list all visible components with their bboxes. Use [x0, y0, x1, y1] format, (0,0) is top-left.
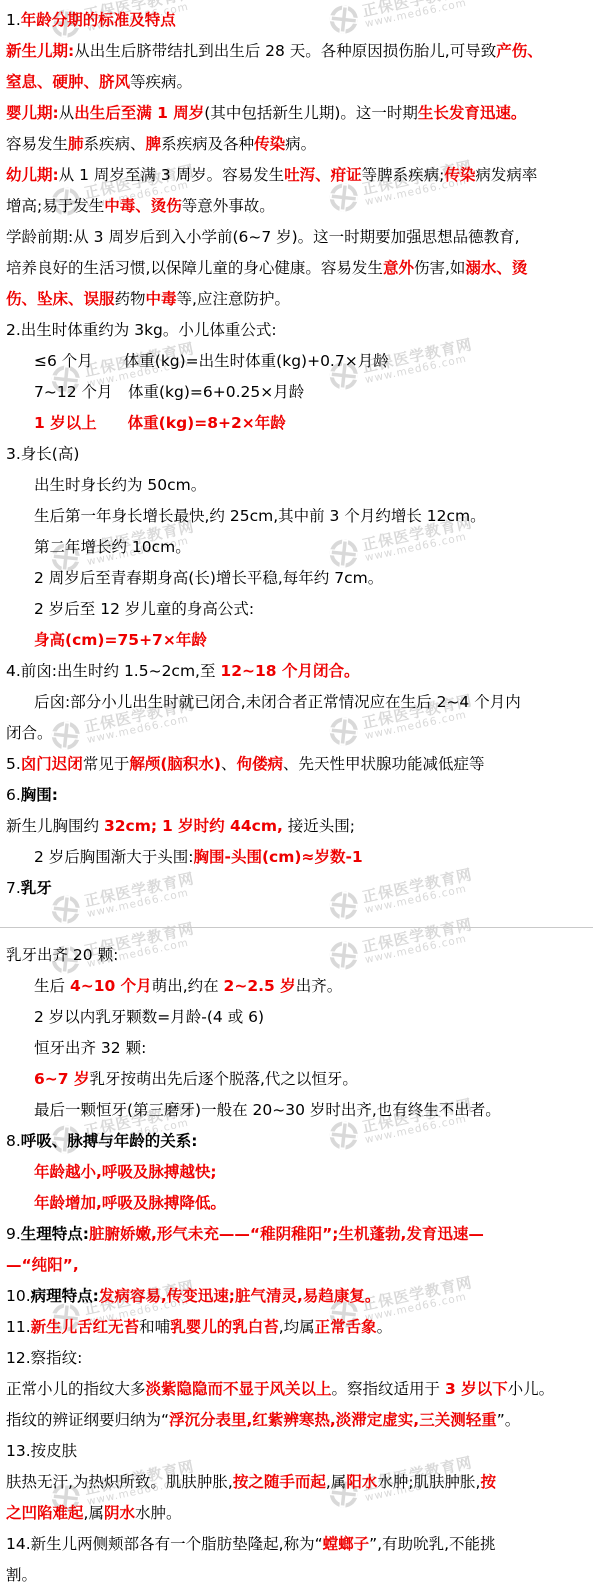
- highlighted-text-segment: 浮沉分表里,红紫辨寒热,淡滞定虚实,三关测轻重: [169, 1411, 497, 1429]
- text-segment: 8.: [6, 1132, 21, 1150]
- text-line: 婴儿期:从出生后至满 1 周岁(其中包括新生儿期)。这一时期生长发育迅速。: [6, 98, 587, 129]
- highlighted-text-segment: 正常舌象: [315, 1318, 377, 1336]
- text-segment: 出生时身长约为 50cm。: [34, 476, 206, 494]
- text-segment: 呼吸、脉搏与年龄的关系:: [21, 1132, 198, 1150]
- text-line: 4.前囟:出生时约 1.5~2cm,至 12~18 个月闭合。: [6, 656, 587, 687]
- highlighted-text-segment: 按之随手而起: [233, 1473, 326, 1491]
- text-line: 割。: [6, 1560, 587, 1591]
- text-segment: 接近头围;: [283, 817, 355, 835]
- text-segment: 学龄前期:从 3 周岁后到入小学前(6~7 岁)。这一时期要加强思想品德教育,: [6, 228, 520, 246]
- text-line: 容易发生肺系疾病、脾系疾病及各种传染病。: [6, 129, 587, 160]
- highlighted-text-segment: 产伤、: [496, 42, 543, 60]
- highlighted-text-segment: 按: [480, 1473, 496, 1491]
- text-segment: 水肿。: [135, 1504, 182, 1522]
- highlighted-text-segment: 3 岁以下: [445, 1380, 508, 1398]
- text-line: 乳牙出齐 20 颗:: [6, 940, 587, 971]
- highlighted-text-segment: 淡紫隐隐而不显于风关以上: [146, 1380, 332, 1398]
- text-line: 之凹陷难起,属阴水水肿。: [6, 1498, 587, 1529]
- text-segment: 新生儿胸围约: [6, 817, 104, 835]
- text-segment: 容易发生: [6, 135, 68, 153]
- text-line: 2.出生时体重约为 3kg。小儿体重公式:: [6, 315, 587, 346]
- highlighted-text-segment: 阳水: [346, 1473, 377, 1491]
- text-segment: 和哺: [139, 1318, 170, 1336]
- text-line: 2 岁后至 12 岁儿童的身高公式:: [6, 594, 587, 625]
- highlighted-text-segment: 胸围-头围(cm)≈岁数-1: [194, 848, 363, 866]
- document-pages: 1.年龄分期的标准及特点新生儿期:从出生后脐带结扎到出生后 28 天。各种原因损…: [0, 0, 593, 1591]
- text-line: 年龄增加,呼吸及脉搏降低。: [6, 1188, 587, 1219]
- text-line: 伤、坠床、误服药物中毒等,应注意防护。: [6, 284, 587, 315]
- text-segment: 生后第一年身长增长最快,约 25cm,其中前 3 个月约增长 12cm。: [34, 507, 486, 525]
- highlighted-text-segment: 螳螂子: [323, 1535, 370, 1553]
- text-line: 12.察指纹:: [6, 1343, 587, 1374]
- text-segment: 3.身长(高): [6, 445, 79, 463]
- text-line: 13.按皮肤: [6, 1436, 587, 1467]
- text-line: 9.生理特点:脏腑娇嫩,形气未充——“稚阴稚阳”;生机蓬勃,发育迅速—: [6, 1219, 587, 1250]
- text-line: 新生儿胸围约 32cm; 1 岁时约 44cm, 接近头围;: [6, 811, 587, 842]
- text-line: 生后第一年身长增长最快,约 25cm,其中前 3 个月约增长 12cm。: [6, 501, 587, 532]
- text-line: 闭合。: [6, 718, 587, 749]
- highlighted-text-segment: 中毒、烫伤: [104, 197, 182, 215]
- text-segment: 11.: [6, 1318, 31, 1336]
- highlighted-text-segment: 传染: [444, 166, 475, 184]
- highlighted-text-segment: 1 岁以上 体重(kg)=8+2×年龄: [34, 414, 286, 432]
- text-segment: 第二年增长约 10cm。: [34, 538, 191, 556]
- text-line: —“纯阳”,: [6, 1250, 587, 1281]
- highlighted-text-segment: 1 岁时约 44cm,: [162, 817, 283, 835]
- text-segment: (其中包括新生儿期)。这一时期: [204, 104, 418, 122]
- text-segment: 7.: [6, 879, 21, 897]
- text-segment: 2 周岁后至青春期身高(长)增长平稳,每年约 7cm。: [34, 569, 383, 587]
- text-segment: 指纹的辨证纲要归纳为“: [6, 1411, 169, 1429]
- text-segment: 从 1 周岁至满 3 周岁。容易发生: [59, 166, 284, 184]
- text-segment: 闭合。: [6, 724, 53, 742]
- text-segment: 正常小儿的指纹大多: [6, 1380, 146, 1398]
- highlighted-text-segment: 生长发育迅速。: [418, 104, 527, 122]
- highlighted-text-segment: 佝偻病: [237, 755, 284, 773]
- text-segment: 生后: [34, 977, 70, 995]
- highlighted-text-segment: 囟门迟闭: [21, 755, 83, 773]
- highlighted-text-segment: 阴水: [104, 1504, 135, 1522]
- highlighted-text-segment: 出生后至满 1 周岁: [74, 104, 204, 122]
- text-line: 最后一颗恒牙(第三磨牙)一般在 20~30 岁时出齐,也有终生不出者。: [6, 1095, 587, 1126]
- text-segment: 、先天性甲状腺功能减低症等: [283, 755, 485, 773]
- text-line: 恒牙出齐 32 颗:: [6, 1033, 587, 1064]
- highlighted-text-segment: 解颅(脑积水): [129, 755, 221, 773]
- text-line: 生后 4~10 个月萌出,约在 2~2.5 岁出齐。: [6, 971, 587, 1002]
- highlighted-text-segment: 吐泻、疳证: [284, 166, 362, 184]
- highlighted-text-segment: —“纯阳”,: [6, 1256, 79, 1274]
- text-line: 1.年龄分期的标准及特点: [6, 5, 587, 36]
- text-segment: 乳牙按萌出先后逐个脱落,代之以恒牙。: [89, 1070, 357, 1088]
- text-segment: 2 岁后胸围渐大于头围:: [34, 848, 194, 866]
- highlighted-text-segment: 6~7 岁: [34, 1070, 89, 1088]
- text-segment: 增高;易于发生: [6, 197, 104, 215]
- text-line: 后囟:部分小儿出生时就已闭合,未闭合者正常情况应在生后 2~4 个月内: [6, 687, 587, 718]
- text-line: ≤6 个月 体重(kg)=出生时体重(kg)+0.7×月龄: [6, 346, 587, 377]
- page-2: 乳牙出齐 20 颗:生后 4~10 个月萌出,约在 2~2.5 岁出齐。2 岁以…: [6, 928, 587, 1591]
- highlighted-text-segment: 伤、坠床、误服: [6, 290, 115, 308]
- text-line: 身高(cm)=75+7×年龄: [6, 625, 587, 656]
- text-segment: 等,应注意防护。: [177, 290, 290, 308]
- highlighted-text-segment: 新生儿舌红无苔: [31, 1318, 140, 1336]
- text-line: 2 周岁后至青春期身高(长)增长平稳,每年约 7cm。: [6, 563, 587, 594]
- text-segment: 病理特点:: [31, 1287, 99, 1305]
- text-segment: 萌出,约在: [152, 977, 224, 995]
- text-segment: 药物: [115, 290, 146, 308]
- highlighted-text-segment: 意外: [383, 259, 414, 277]
- text-line: 11.新生儿舌红无苔和哺乳婴儿的乳白苔,均属正常舌象。: [6, 1312, 587, 1343]
- text-segment: 7~12 个月 体重(kg)=6+0.25×月龄: [34, 383, 304, 401]
- text-line: 10.病理特点:发病容易,传变迅速;脏气清灵,易趋康复。: [6, 1281, 587, 1312]
- text-segment: 12.察指纹:: [6, 1349, 82, 1367]
- text-line: 年龄越小,呼吸及脉搏越快;: [6, 1157, 587, 1188]
- highlighted-text-segment: 2~2.5 岁: [224, 977, 296, 995]
- highlighted-text-segment: 脾: [146, 135, 162, 153]
- text-line: 窒息、硬肿、脐风等疾病。: [6, 67, 587, 98]
- text-segment: 6.: [6, 786, 21, 804]
- text-segment: 14.新生儿两侧颊部各有一个脂肪垫隆起,称为“: [6, 1535, 323, 1553]
- highlighted-text-segment: 婴儿期:: [6, 104, 59, 122]
- highlighted-text-segment: 身高(cm)=75+7×年龄: [34, 631, 207, 649]
- text-segment: 13.按皮肤: [6, 1442, 77, 1460]
- text-segment: 病发病率: [475, 166, 537, 184]
- text-line: 7.乳牙: [6, 873, 587, 904]
- text-line: 学龄前期:从 3 周岁后到入小学前(6~7 岁)。这一时期要加强思想品德教育,: [6, 222, 587, 253]
- text-segment: 培养良好的生活习惯,以保障儿童的身心健康。容易发生: [6, 259, 383, 277]
- highlighted-text-segment: 年龄增加,呼吸及脉搏降低。: [34, 1194, 226, 1212]
- text-line: 6~7 岁乳牙按萌出先后逐个脱落,代之以恒牙。: [6, 1064, 587, 1095]
- highlighted-text-segment: 32cm;: [104, 817, 157, 835]
- text-segment: 肤热无汗,为热炽所致。肌肤肿胀,: [6, 1473, 233, 1491]
- text-segment: ,属: [326, 1473, 346, 1491]
- text-line: 7~12 个月 体重(kg)=6+0.25×月龄: [6, 377, 587, 408]
- text-segment: ,属: [84, 1504, 104, 1522]
- text-line: 幼儿期:从 1 周岁至满 3 周岁。容易发生吐泻、疳证等脾系疾病;传染病发病率: [6, 160, 587, 191]
- text-segment: 恒牙出齐 32 颗:: [34, 1039, 146, 1057]
- text-line: 第二年增长约 10cm。: [6, 532, 587, 563]
- highlighted-text-segment: 年龄越小,呼吸及脉搏越快;: [34, 1163, 217, 1181]
- text-line: 8.呼吸、脉搏与年龄的关系:: [6, 1126, 587, 1157]
- text-segment: 伤害,如: [414, 259, 465, 277]
- highlighted-text-segment: 溺水、烫: [465, 259, 527, 277]
- text-line: 2 岁以内乳牙颗数=月龄-(4 或 6): [6, 1002, 587, 1033]
- text-segment: 5.: [6, 755, 21, 773]
- highlighted-text-segment: 幼儿期:: [6, 166, 59, 184]
- text-segment: ”,有助吮乳,不能挑: [369, 1535, 495, 1553]
- text-line: 正常小儿的指纹大多淡紫隐隐而不显于风关以上。察指纹适用于 3 岁以下小儿。: [6, 1374, 587, 1405]
- text-line: 出生时身长约为 50cm。: [6, 470, 587, 501]
- text-segment: 10.: [6, 1287, 31, 1305]
- highlighted-text-segment: 之凹陷难起: [6, 1504, 84, 1522]
- text-segment: 常见于: [83, 755, 130, 773]
- text-line: 5.囟门迟闭常见于解颅(脑积水)、佝偻病、先天性甲状腺功能减低症等: [6, 749, 587, 780]
- text-line: 培养良好的生活习惯,以保障儿童的身心健康。容易发生意外伤害,如溺水、烫: [6, 253, 587, 284]
- document: 正保医学教育网www.med66.com正保医学教育网www.med66.com…: [0, 0, 593, 1591]
- highlighted-text-segment: 传染: [254, 135, 285, 153]
- highlighted-text-segment: 肺: [68, 135, 84, 153]
- text-segment: ≤6 个月 体重(kg)=出生时体重(kg)+0.7×月龄: [34, 352, 389, 370]
- text-segment: 、: [221, 755, 237, 773]
- text-segment: 从出生后脐带结扎到出生后 28 天。各种原因损伤胎儿,可导致: [74, 42, 496, 60]
- text-segment: 出齐。: [296, 977, 343, 995]
- text-segment: 2 岁后至 12 岁儿童的身高公式:: [34, 600, 254, 618]
- text-line: 3.身长(高): [6, 439, 587, 470]
- highlighted-text-segment: 发病容易,传变迅速;脏气清灵,易趋康复。: [99, 1287, 380, 1305]
- text-segment: 乳牙出齐 20 颗:: [6, 946, 118, 964]
- text-segment: 1.: [6, 11, 21, 29]
- highlighted-text-segment: 窒息、硬肿、脐风: [6, 73, 130, 91]
- page-1: 1.年龄分期的标准及特点新生儿期:从出生后脐带结扎到出生后 28 天。各种原因损…: [6, 0, 587, 904]
- text-segment: 等疾病。: [130, 73, 192, 91]
- text-segment: 小儿。: [508, 1380, 555, 1398]
- text-segment: 2 岁以内乳牙颗数=月龄-(4 或 6): [34, 1008, 264, 1026]
- text-line: 14.新生儿两侧颊部各有一个脂肪垫隆起,称为“螳螂子”,有助吮乳,不能挑: [6, 1529, 587, 1560]
- text-segment: 等意外事故。: [182, 197, 275, 215]
- text-segment: 从: [59, 104, 75, 122]
- text-segment: 割。: [6, 1566, 37, 1584]
- text-segment: 4.前囟:出生时约 1.5~2cm,至: [6, 662, 220, 680]
- text-line: 肤热无汗,为热炽所致。肌肤肿胀,按之随手而起,属阳水水肿;肌肤肿胀,按: [6, 1467, 587, 1498]
- text-segment: 系疾病及各种: [161, 135, 254, 153]
- text-segment: 9.: [6, 1225, 21, 1243]
- text-segment: 。察指纹适用于: [332, 1380, 445, 1398]
- text-line: 指纹的辨证纲要归纳为“浮沉分表里,红紫辨寒热,淡滞定虚实,三关测轻重”。: [6, 1405, 587, 1436]
- highlighted-text-segment: 4~10 个月: [70, 977, 152, 995]
- highlighted-text-segment: 脏腑娇嫩,形气未充——“稚阴稚阳”;生机蓬勃,发育迅速—: [89, 1225, 484, 1243]
- text-segment: 病。: [285, 135, 316, 153]
- highlighted-text-segment: 12~18 个月闭合。: [220, 662, 359, 680]
- text-line: 新生儿期:从出生后脐带结扎到出生后 28 天。各种原因损伤胎儿,可导致产伤、: [6, 36, 587, 67]
- highlighted-text-segment: 中毒: [146, 290, 177, 308]
- text-segment: ”。: [497, 1411, 521, 1429]
- text-line: 增高;易于发生中毒、烫伤等意外事故。: [6, 191, 587, 222]
- text-segment: 。: [377, 1318, 393, 1336]
- highlighted-text-segment: 乳婴儿的乳白苔: [170, 1318, 279, 1336]
- text-segment: 生理特点:: [21, 1225, 89, 1243]
- text-segment: 水肿;肌肤肿胀,: [377, 1473, 480, 1491]
- text-segment: 2.出生时体重约为 3kg。小儿体重公式:: [6, 321, 277, 339]
- text-segment: 乳牙: [21, 879, 52, 897]
- text-segment: 系疾病、: [84, 135, 146, 153]
- text-segment: 后囟:部分小儿出生时就已闭合,未闭合者正常情况应在生后 2~4 个月内: [34, 693, 521, 711]
- text-segment: 最后一颗恒牙(第三磨牙)一般在 20~30 岁时出齐,也有终生不出者。: [34, 1101, 501, 1119]
- text-segment: ,均属: [279, 1318, 315, 1336]
- text-line: 6.胸围:: [6, 780, 587, 811]
- text-segment: 等脾系疾病;: [362, 166, 445, 184]
- text-line: 2 岁后胸围渐大于头围:胸围-头围(cm)≈岁数-1: [6, 842, 587, 873]
- text-segment: 胸围:: [21, 786, 58, 804]
- highlighted-text-segment: 年龄分期的标准及特点: [21, 11, 176, 29]
- highlighted-text-segment: 新生儿期:: [6, 42, 74, 60]
- text-line: 1 岁以上 体重(kg)=8+2×年龄: [6, 408, 587, 439]
